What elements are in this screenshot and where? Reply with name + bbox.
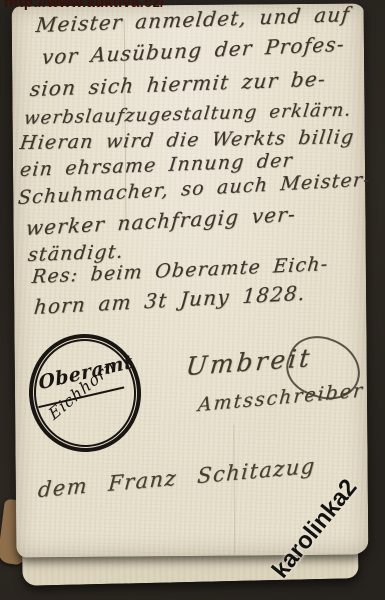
watermark-url: http://www.auktiva.cz/ (4, 0, 165, 11)
photo-frame: Meister anmeldet, und auf vor Ausübung d… (0, 0, 385, 600)
paper-crease (233, 425, 235, 555)
